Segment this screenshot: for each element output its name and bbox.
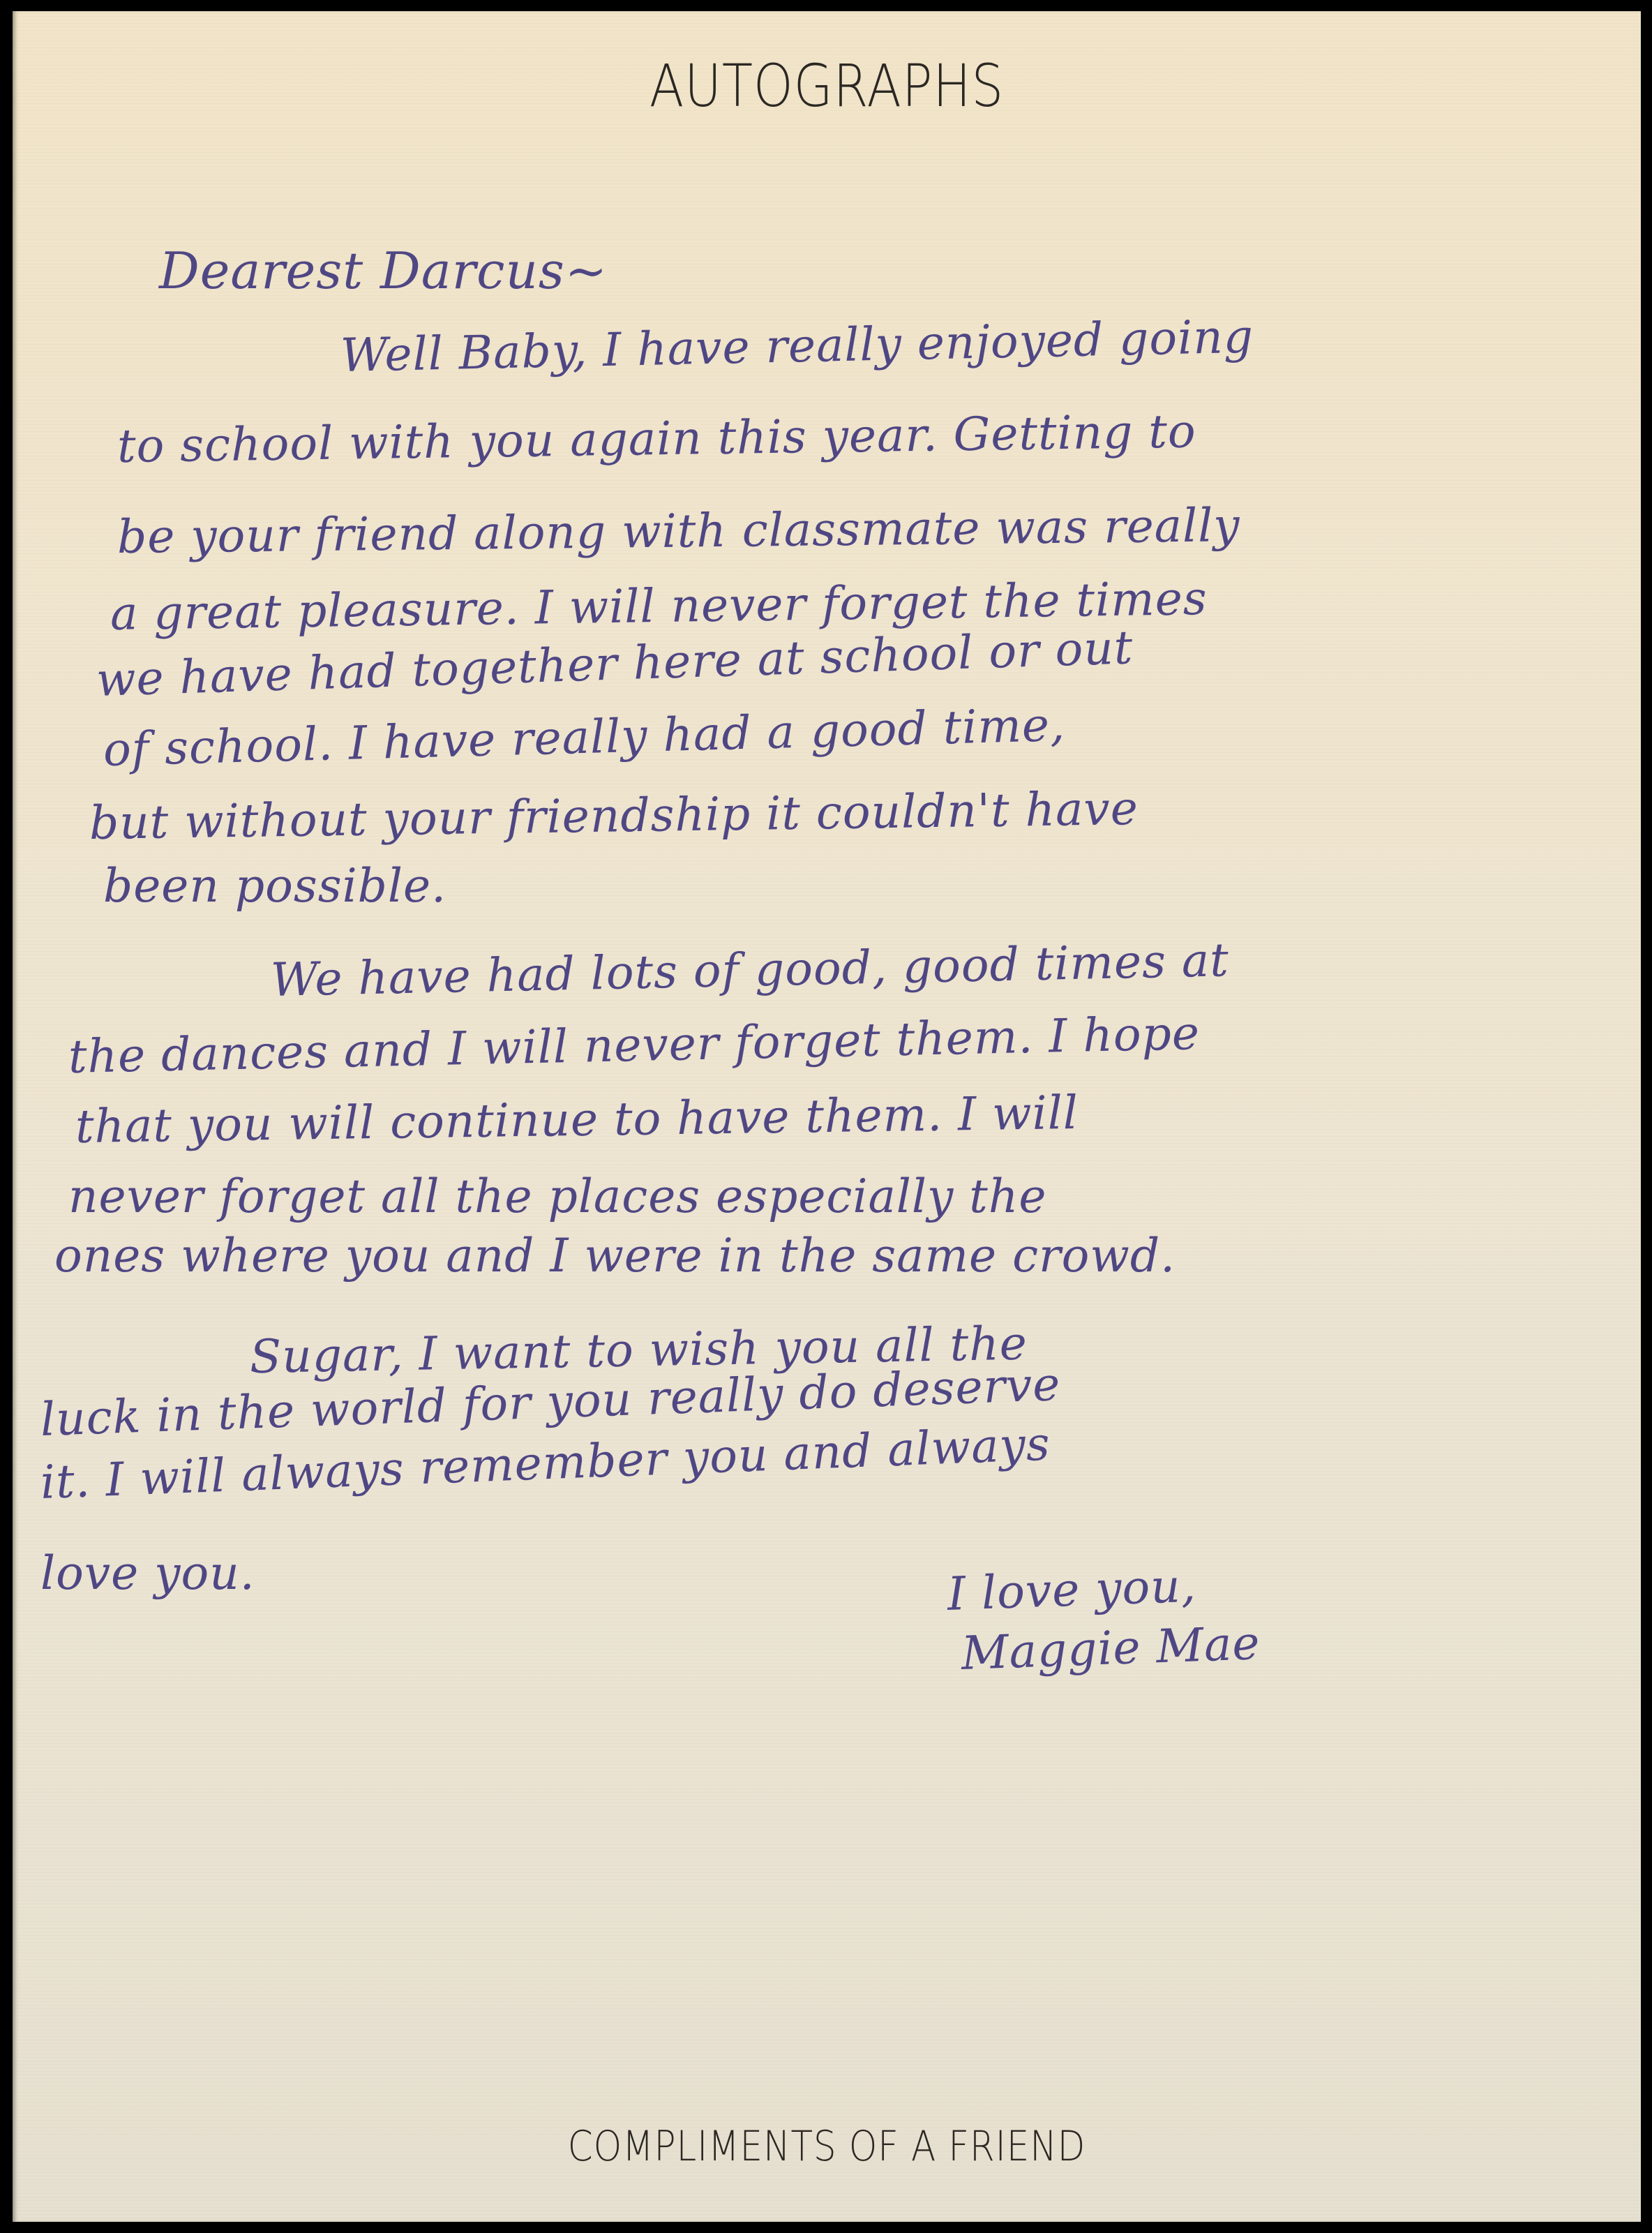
letter-line: of school. I have really had a good time… [103, 698, 1066, 777]
letter-line: been possible. [103, 859, 446, 913]
handwritten-letter: Dearest Darcus~ Well Baby, I have really… [13, 11, 1641, 2222]
letter-line: love you. [40, 1546, 255, 1600]
autograph-page: AUTOGRAPHS Dearest Darcus~ Well Baby, I … [13, 11, 1641, 2222]
letter-line: never forget all the places especially t… [68, 1170, 1046, 1223]
letter-line: We have had lots of good, good times at [270, 933, 1229, 1007]
letter-line: to school with you again this year. Gett… [117, 404, 1196, 473]
salutation: Dearest Darcus~ [159, 241, 608, 300]
letter-line: be your friend along with classmate was … [117, 498, 1240, 564]
page-footer: COMPLIMENTS OF A FRIEND [126, 2122, 1526, 2171]
letter-line: the dances and I will never forget them.… [68, 1006, 1200, 1084]
letter-line: but without your friendship it couldn't … [89, 782, 1139, 850]
letter-line: that you will continue to have them. I w… [75, 1086, 1079, 1153]
letter-line: ones where you and I were in the same cr… [54, 1229, 1176, 1283]
letter-line: Well Baby, I have really enjoyed going [340, 310, 1254, 382]
closing: I love you, [947, 1559, 1197, 1621]
signature: Maggie Mae [961, 1616, 1261, 1680]
